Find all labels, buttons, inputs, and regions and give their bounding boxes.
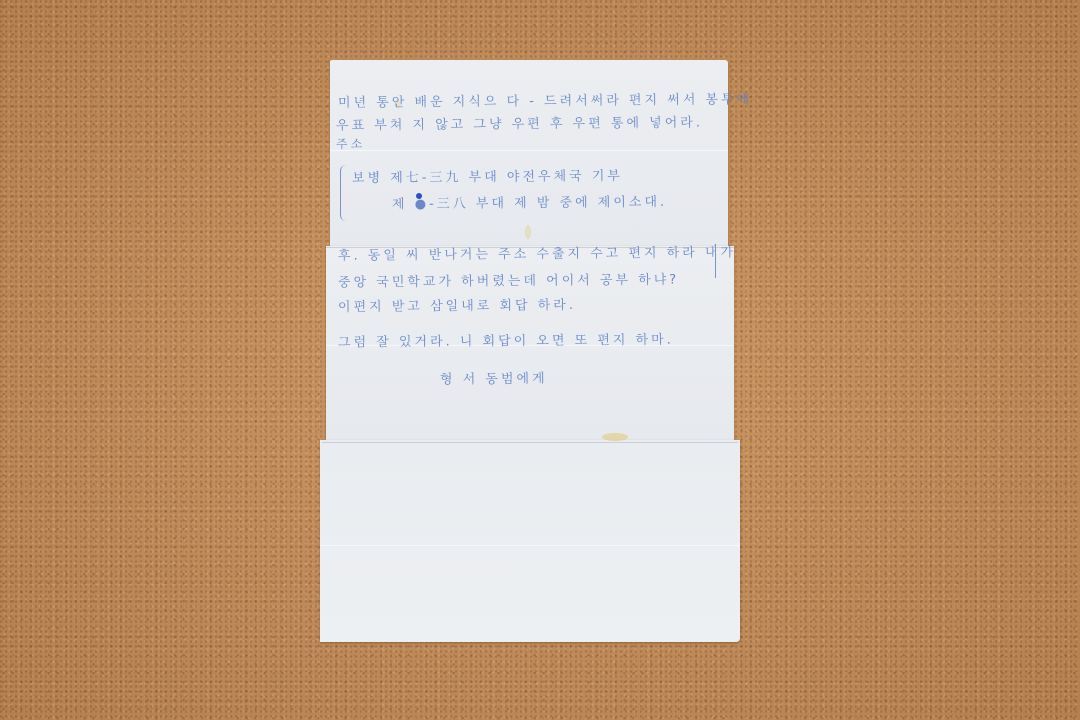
ink-stroke [715, 244, 716, 278]
letter-signature: 형 서 동범에게 [440, 368, 548, 388]
paper-stain [525, 225, 531, 239]
letter-line-1: 미년 통안 배운 지식으 다 - 드려서써라 편지 써서 봉투에 [338, 88, 752, 111]
letter-line-8: 이편지 받고 삼일내로 회답 하라. [338, 294, 576, 315]
crease-line [320, 545, 740, 546]
letter-line-2: 우표 부쳐 지 않고 그냥 우편 후 우편 통에 넣어라. [336, 111, 703, 133]
fold-line [322, 442, 738, 443]
address-line-2: 제 ●-三八 부대 제 밤 중에 제이소대. [392, 191, 667, 212]
handwritten-letter: 미년 통안 배운 지식으 다 - 드려서써라 편지 써서 봉투에 우표 부쳐 지… [0, 0, 1080, 720]
letter-line-3: 주소 [336, 135, 365, 152]
letter-panel-bottom [320, 440, 740, 642]
ink-dot [416, 193, 422, 199]
address-brace [340, 165, 349, 221]
crease-line [330, 150, 728, 151]
address-line-1: 보병 제七-三九 부대 야전우체국 기부 [352, 165, 623, 186]
letter-line-6: 후. 동일 씨 반나거는 주소 수출지 수고 편지 하라 내가 [338, 241, 736, 263]
letter-line-9: 그럼 잘 있거라. 니 회답이 오면 또 편지 하마. [338, 329, 674, 351]
letter-line-7: 중앙 국민학교가 하버렸는데 어이서 공부 하냐? [338, 269, 679, 291]
paper-stain [602, 433, 628, 441]
